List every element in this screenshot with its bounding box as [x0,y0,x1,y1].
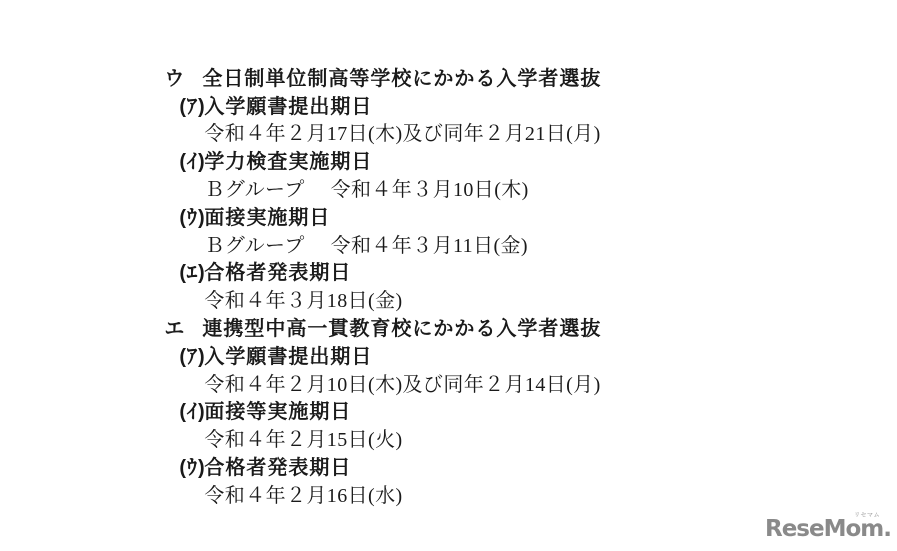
item-heading: (ｳ)合格者発表期日 [0,427,897,455]
section-marker: ウ [164,66,202,94]
document-page: ウ全日制単位制高等学校にかかる入学者選抜 (ｱ)入学願書提出期日 令和４年２月1… [0,0,897,551]
item-marker: (ｳ) [179,205,204,233]
date-text: 令和４年２月10日(木)及び同年２月14日(月) [204,374,600,396]
item-label: 学力検査実施期日 [204,151,372,173]
section-title: 連携型中高一貫教育校にかかる入学者選抜 [202,318,601,340]
resemom-logo: リセマム ReseMom. [765,516,891,542]
item-label: 面接等実施期日 [204,401,351,423]
section-heading: ウ全日制単位制高等学校にかかる入学者選抜 [0,38,897,66]
item-marker: (ｴ) [179,260,204,288]
date-line: 令和４年２月15日(火) [0,399,897,427]
date-text: Ｂグループ 令和４年３月10日(木) [204,179,528,201]
date-text: 令和４年２月16日(水) [204,485,402,507]
date-line: Ｂグループ 令和４年３月11日(金) [0,205,897,233]
item-marker: (ｱ) [179,94,204,122]
item-marker: (ｲ) [179,149,204,177]
schedule-content: ウ全日制単位制高等学校にかかる入学者選抜 (ｱ)入学願書提出期日 令和４年２月1… [0,38,897,483]
item-label: 入学願書提出期日 [204,96,372,118]
logo-wordmark: ReseMom. [765,516,891,542]
date-line: Ｂグループ 令和４年３月10日(木) [0,149,897,177]
date-text: 令和４年２月17日(木)及び同年２月21日(月) [204,123,600,145]
item-label: 面接実施期日 [204,207,330,229]
date-line: 令和４年３月18日(金) [0,260,897,288]
item-marker: (ｱ) [179,344,204,372]
item-label: 入学願書提出期日 [204,346,372,368]
date-line: 令和４年２月16日(水) [0,455,897,483]
section-title: 全日制単位制高等学校にかかる入学者選抜 [202,68,601,90]
item-label: 合格者発表期日 [204,457,351,479]
date-text: 令和４年３月18日(金) [204,290,402,312]
item-label: 合格者発表期日 [204,262,351,284]
section-heading: エ連携型中高一貫教育校にかかる入学者選抜 [0,288,897,316]
date-text: 令和４年２月15日(火) [204,429,402,451]
logo-ruby-text: リセマム [854,513,880,519]
item-marker: (ｳ) [179,455,204,483]
item-marker: (ｲ) [179,399,204,427]
date-text: Ｂグループ 令和４年３月11日(金) [204,235,528,257]
section-marker: エ [164,316,202,344]
